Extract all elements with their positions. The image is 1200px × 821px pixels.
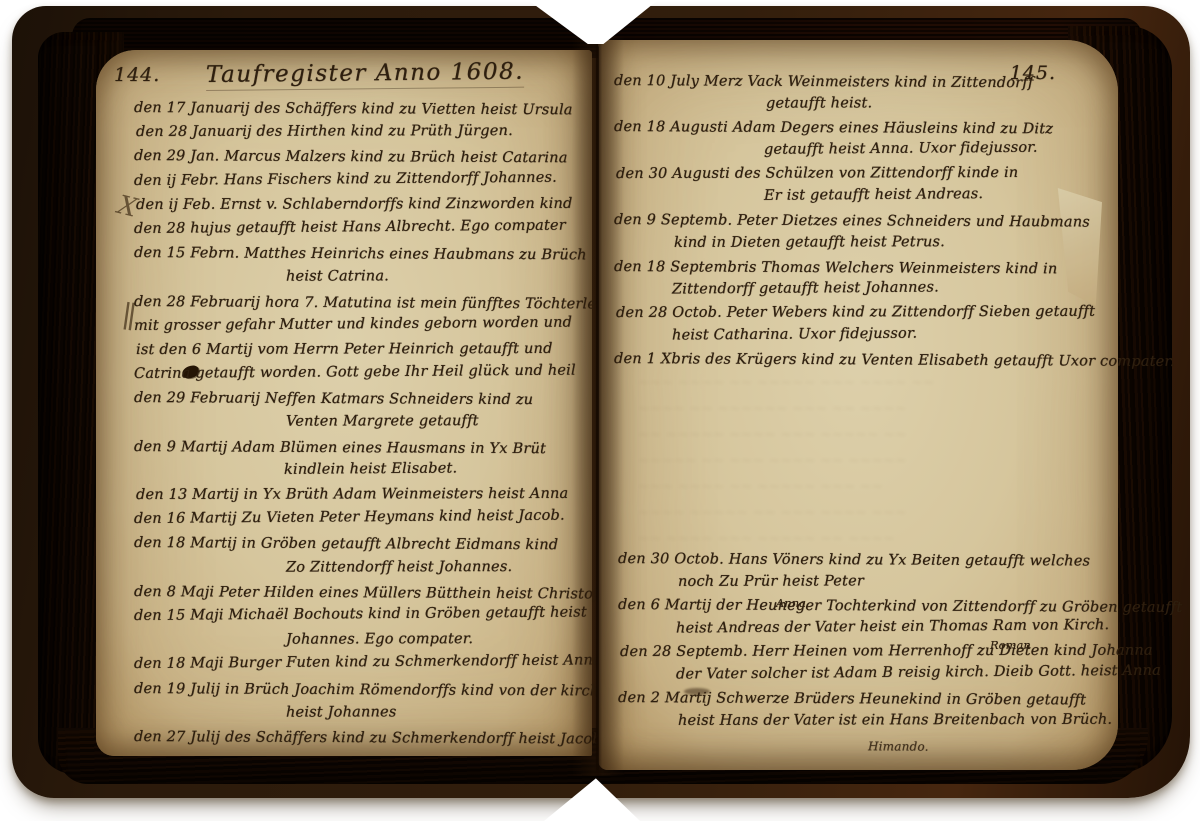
right-page-entries-top: den 10 July Merz Vack Weinmeisters kind … [614, 70, 1084, 371]
gutter-fold-line [596, 46, 599, 770]
interlinear-insertion: Anna [776, 596, 806, 610]
register-entry-line: heist Andreas der Vater heist ein Thomas… [618, 614, 1098, 641]
left-page: 144. Taufregister Anno 1608. X ∥ den 17 … [96, 50, 592, 756]
register-entry-line: mit grosser gefahr Mutter und kindes geb… [134, 310, 586, 338]
register-entry-line: Er ist getaufft heist Andreas. [614, 182, 1084, 209]
register-entry-line: Venten Margrete getaufft [136, 409, 588, 434]
register-entry-line: den ij Febr. Hans Fischers kind zu Zitte… [134, 165, 586, 193]
register-entry-line: den 27 Julij des Schäffers kind zu Schme… [134, 725, 586, 752]
register-entry-line: den 18 Maji Burger Futen kind zu Schmerk… [134, 649, 586, 677]
register-entry-line: heist Johannes [136, 699, 588, 724]
register-entry-line: heist Catharina. Uxor fidejussor. [614, 321, 1084, 348]
register-entry-line: Catrina getaufft worden. Gott gebe Ihr H… [134, 359, 586, 387]
register-entry-line: den 15 Maji Michaël Bochouts kind in Grö… [134, 600, 586, 628]
right-page: 145. den 10 July Merz Vack Weinmeisters … [598, 40, 1118, 770]
left-page-number: 144. [114, 64, 160, 86]
register-heading: Taufregister Anno 1608. [206, 59, 524, 91]
register-entry-line: kindlein heist Elisabet. [134, 455, 586, 483]
ink-smudge [684, 688, 710, 695]
register-entry-line: heist Catrina. [136, 264, 588, 289]
register-entry-line: der Vater solcher ist Adam B reisig kirc… [618, 660, 1098, 687]
register-entry-line: heist Hans der Vater ist ein Hans Breite… [620, 709, 1100, 733]
register-entry-line: den 28 hujus getaufft heist Hans Albrech… [134, 213, 586, 241]
interlinear-insertion: Roman [990, 638, 1031, 652]
register-entry-line: getaufft heist. [616, 92, 1086, 116]
register-entry-line: Himando. [618, 734, 1098, 760]
register-entry-line: den 18 Martij in Gröben getaufft Albrech… [134, 531, 586, 558]
manuscript-book: 144. Taufregister Anno 1608. X ∥ den 17 … [12, 6, 1190, 798]
register-entry-line: noch Zu Prür heist Peter [620, 570, 1100, 594]
register-entry-line: getaufft heist Anna. Uxor fidejussor. [614, 136, 1084, 163]
show-through-text: ~~~ ~~~~ ~~ ~~~~~ ~~~ ~~~~ ~~~~~~ ~~ ~~~… [638, 370, 1058, 560]
register-entry-line: den 16 Martij Zu Vieten Peter Heymans ki… [134, 504, 586, 532]
left-page-entries: den 17 Januarij des Schäffers kind zu Vi… [134, 96, 586, 749]
right-page-entries-bottom: den 30 Octob. Hans Vöners kind zu Yx Bei… [618, 548, 1098, 757]
register-entry-line: Zo Zittendorff heist Johannes. [136, 554, 588, 579]
register-entry-line: kind in Dieten getaufft heist Petrus. [616, 231, 1086, 255]
register-entry-line: Zittendorff getaufft heist Johannes. [614, 275, 1084, 302]
register-entry-line: den 28 Januarij des Hirthen kind zu Prüt… [136, 119, 588, 144]
